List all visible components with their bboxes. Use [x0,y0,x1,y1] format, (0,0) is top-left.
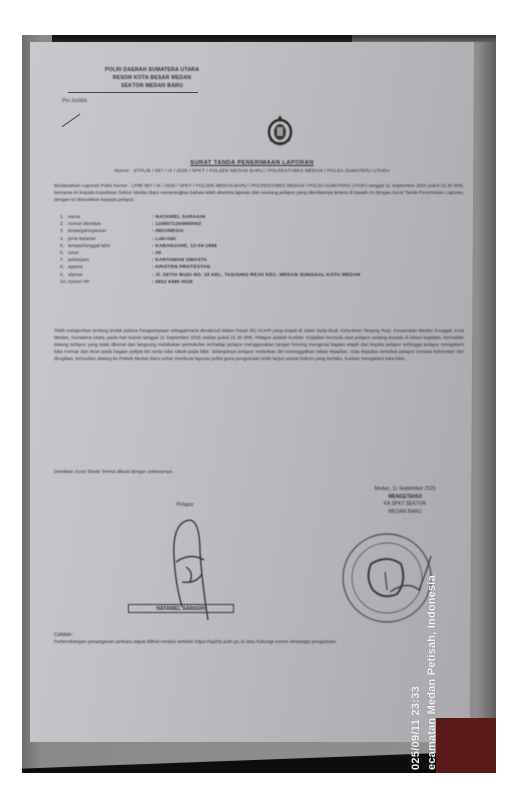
note-text: Perkembangan penanganan perkara dapat di… [54,640,464,645]
camera-watermark: 025/09/11 23:33 ecamatan Medan Petisah, … [410,686,422,770]
field-number: 5. [60,243,68,250]
field-number: 1. [60,214,68,221]
field-label: umur [68,250,152,257]
place-date: Medan, 11 September 2025 [330,486,480,494]
letterhead-line-1: POLRI DAERAH SUMATERA UTARA [52,66,252,74]
field-row: 1.nama: NATANIEL SARAGIH [60,214,460,221]
field-value: : Laki-laki [152,236,460,243]
field-row: 3.kewarganegaraan: INDONESIA [60,228,460,235]
field-label: tempat/tanggal lahir [68,243,152,250]
watermark-location: ecamatan Medan Petisah, Indonesia [426,575,438,770]
field-row: 9.alamat: Jl. SETIA BUDI NO. 15 KEL. TAN… [60,272,460,279]
field-label: pekerjaan [68,257,152,264]
field-label: nama [68,214,152,221]
field-number: 2. [60,221,68,228]
field-number: 8. [60,264,68,271]
paper-sheet: POLRI DAERAH SUMATERA UTARA RESOR KOTA B… [30,42,474,742]
watermark-timestamp: 025/09/11 23:33 [410,686,422,770]
signatory-unit: MEDAN BARU [330,509,480,517]
field-row: 6.umur: 29 [60,250,460,257]
document-number: Nomor : STPL/B / 967 / IX / 2025 / SPKT … [30,169,474,174]
field-row: 10.nomor HP: 0812 6489 0026 [60,279,460,286]
reporter-label: Pelapor [140,502,230,508]
field-row: 4.jenis kelamin: Laki-laki [60,236,460,243]
field-label: nomor identitas [68,221,152,228]
field-row: 7.pekerjaan: KARYAWAN SWASTA [60,257,460,264]
signatory-role: KA SPKT SEKTOR [330,501,480,509]
field-number: 3. [60,228,68,235]
police-emblem-icon [267,114,293,146]
field-number: 9. [60,272,68,279]
letterhead-line-2: RESOR KOTA BESAR MEDAN [52,74,252,82]
field-number: 10. [60,279,68,286]
field-number: 4. [60,236,68,243]
field-number: 6. [60,250,68,257]
field-label: jenis kelamin [68,236,152,243]
document-photo: POLRI DAERAH SUMATERA UTARA RESOR KOTA B… [22,35,496,773]
photo-shadow-top-right [352,35,496,43]
photo-background-red [436,718,496,773]
closing-line: Demikian Surat Tanda Terima dibuat denga… [54,468,464,475]
photo-shadow-bottom [22,751,496,773]
letterhead-underline [68,92,198,93]
field-value: : KRISTEN PROTESTAN [152,264,460,271]
field-label: alamat [68,272,152,279]
field-value: : 29 [152,250,460,257]
field-value: : 1208071204960002 [152,221,460,228]
field-row: 2.nomor identitas: 1208071204960002 [60,221,460,228]
field-value: : Jl. SETIA BUDI NO. 15 KEL. TANJUNG REJ… [152,272,460,279]
signatory-heading: MENGETAHUI [330,494,480,502]
field-label: nomor HP [68,279,152,286]
incident-paragraph: Telah melaporkan tentang tindak pidana P… [54,327,464,362]
field-value: : 0812 6489 0026 [152,279,460,286]
handwritten-reference: Pro Justitia [62,98,87,104]
note-label: Catatan : [54,632,74,638]
field-value: : INDONESIA [152,228,460,235]
field-label: agama [68,264,152,271]
field-label: kewarganegaraan [68,228,152,235]
field-row: 8.agama: KRISTEN PROTESTAN [60,264,460,271]
field-number: 7. [60,257,68,264]
intro-paragraph: Berdasarkan Laporan Polisi Nomor : LP/B/… [54,182,464,203]
document-title: SURAT TANDA PENERIMAAN LAPORAN [30,160,474,166]
field-value: : KABANJAHE, 12-04-1996 [152,243,460,250]
field-row: 5.tempat/tanggal lahir: KABANJAHE, 12-04… [60,243,460,250]
signatory-block: Medan, 11 September 2025 MENGETAHUI KA S… [330,486,480,516]
field-value: : NATANIEL SARAGIH [152,214,460,221]
reporter-identity: 1.nama: NATANIEL SARAGIH 2.nomor identit… [60,214,460,286]
field-value: : KARYAWAN SWASTA [152,257,460,264]
letterhead-line-3: SEKTOR MEDAN BARU [52,82,252,90]
letterhead: POLRI DAERAH SUMATERA UTARA RESOR KOTA B… [52,66,252,90]
pen-mark [62,114,81,128]
reporter-name: NATANIEL SARAGIH [128,604,234,613]
